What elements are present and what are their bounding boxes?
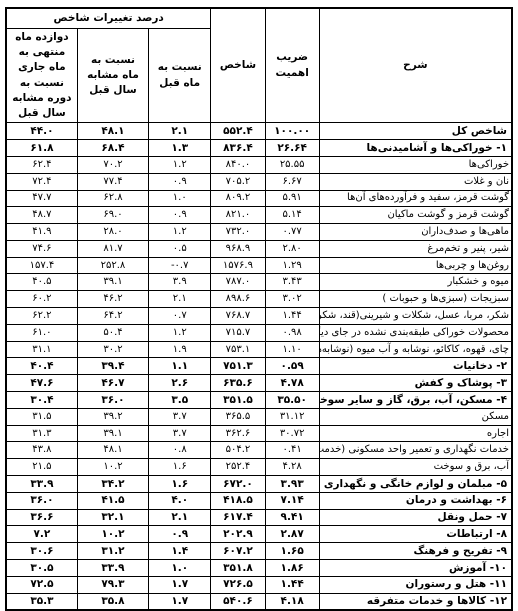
- table-row: ۶- بهداشت و درمان ۷.۱۴ ۴۱۸.۵ ۴.۰ ۴۱.۵ ۳۶…: [6, 492, 512, 509]
- cell-change-twelve: ۲۱.۵: [6, 459, 77, 476]
- cell-change-year: ۳۹.۲: [77, 408, 148, 425]
- cell-index: ۶۱۷.۴: [211, 509, 265, 526]
- cell-index: ۵۰۴.۲: [211, 442, 265, 459]
- cell-index: ۷۵۳.۱: [211, 341, 265, 358]
- cell-change-twelve: ۳۳.۹: [6, 476, 77, 493]
- cell-change-twelve: ۳۱.۳: [6, 425, 77, 442]
- cell-change-year: ۳۹.۴: [77, 358, 148, 375]
- cell-change-twelve: ۴۱.۹: [6, 224, 77, 241]
- row-description: شکر، مربا، عسل، شکلات و شیرینی(قند، شکر …: [319, 308, 512, 325]
- cell-change-year: ۳۲.۱: [77, 509, 148, 526]
- table-row: ۳- پوشاک و کفش ۴.۷۸ ۶۳۵.۶ ۲.۶ ۴۶.۷ ۴۷.۶: [6, 375, 512, 392]
- cell-change-year: ۴۱.۵: [77, 492, 148, 509]
- header-changes-group: درصد تغییرات شاخص: [6, 8, 211, 29]
- table-row: مسکن ۳۱.۱۲ ۳۶۵.۵ ۳.۷ ۳۹.۲ ۳۱.۵: [6, 408, 512, 425]
- cell-weight: ۴.۷۸: [265, 375, 319, 392]
- cell-change-month: ۲.۶: [149, 375, 211, 392]
- cell-weight: ۲۵.۵۵: [265, 156, 319, 173]
- cell-change-month: ۳.۷: [149, 425, 211, 442]
- cell-change-twelve: ۴۷.۶: [6, 375, 77, 392]
- row-description: سبزیجات (سبزی‌ها و حبوبات ): [319, 291, 512, 308]
- row-description: ۷- حمل ونقل: [319, 509, 512, 526]
- table-row: ۱۲- کالاها و خدمات متفرقه ۴.۱۸ ۵۴۰.۶ ۱.۷…: [6, 593, 512, 610]
- cell-change-month: ۱.۲: [149, 324, 211, 341]
- table-row: ۱۰- آموزش ۱.۸۶ ۳۵۱.۸ ۱.۰ ۳۳.۹ ۳۰.۵: [6, 560, 512, 577]
- cell-index: ۷۳۲.۰: [211, 224, 265, 241]
- row-description: ۵- مبلمان و لوازم خانگی و نگهداری معمول …: [319, 476, 512, 493]
- cell-index: ۷۸۷.۰: [211, 274, 265, 291]
- cell-change-year: ۸۱.۷: [77, 240, 148, 257]
- cell-change-month: ۱.۱: [149, 358, 211, 375]
- table-row: گوشت قرمز و گوشت ماکیان ۵.۱۴ ۸۲۱.۰ ۰.۹ ۶…: [6, 207, 512, 224]
- cell-change-year: ۶۸.۴: [77, 140, 148, 157]
- cell-change-year: ۵۰.۴: [77, 324, 148, 341]
- cell-index: ۲۰۲.۹: [211, 526, 265, 543]
- cell-weight: ۳.۹۳: [265, 476, 319, 493]
- table-row: چای، قهوه، کاکائو، نوشابه و آب میوه (نوش…: [6, 341, 512, 358]
- cell-change-month: ۲.۱: [149, 509, 211, 526]
- cell-change-twelve: ۳۰.۵: [6, 560, 77, 577]
- cell-index: ۷۱۵.۷: [211, 324, 265, 341]
- cell-change-year: ۱۰.۲: [77, 459, 148, 476]
- cell-change-month: ۱.۹: [149, 341, 211, 358]
- page: شرح ضریب اهمیت شاخص درصد تغییرات شاخص نس…: [0, 0, 518, 597]
- cell-index: ۳۶۲.۶: [211, 425, 265, 442]
- cell-change-year: ۷۹.۳: [77, 576, 148, 593]
- cell-weight: ۱.۴۴: [265, 576, 319, 593]
- cell-weight: ۴.۲۸: [265, 459, 319, 476]
- cell-change-year: ۳۶.۰: [77, 392, 148, 409]
- table-row: ۱- خوراکی‌ها و آشامیدنی‌ها ۲۶.۶۴ ۸۳۶.۴ ۱…: [6, 140, 512, 157]
- cell-weight: ۱.۲۹: [265, 257, 319, 274]
- cell-change-month: ۱.۰: [149, 560, 211, 577]
- cell-weight: ۲.۸۷: [265, 526, 319, 543]
- header-index: شاخص: [211, 8, 265, 123]
- cell-change-year: ۳۵.۸: [77, 593, 148, 610]
- table-row: اجاره ۳۰.۷۲ ۳۶۲.۶ ۳.۷ ۳۹.۱ ۳۱.۳: [6, 425, 512, 442]
- cell-change-twelve: ۴۸.۷: [6, 207, 77, 224]
- row-description: میوه و خشکبار: [319, 274, 512, 291]
- cell-weight: ۰.۵۹: [265, 358, 319, 375]
- table-row: محصولات خوراکی طبقه‌بندی نشده در جای دیگ…: [6, 324, 512, 341]
- table-row: روغن‌ها و چربی‌ها ۱.۲۹ ۱۵۷۶.۹ -۰.۷ ۲۵۲.۸…: [6, 257, 512, 274]
- cell-weight: ۴.۱۸: [265, 593, 319, 610]
- cell-weight: ۲.۸۰: [265, 240, 319, 257]
- cell-change-twelve: ۶۱.۰: [6, 324, 77, 341]
- row-description: ۶- بهداشت و درمان: [319, 492, 512, 509]
- row-description: ۱۰- آموزش: [319, 560, 512, 577]
- cell-weight: ۳۵.۵۰: [265, 392, 319, 409]
- cell-weight: ۱.۱۰: [265, 341, 319, 358]
- header-change-twelve: دوازده ماه منتهی به ماه جاری نسبت به دور…: [6, 29, 77, 123]
- header-change-month: نسبت به ماه قبل: [149, 29, 211, 123]
- row-description: ماهی‌ها و صدف‌داران: [319, 224, 512, 241]
- cell-change-year: ۴۶.۷: [77, 375, 148, 392]
- table-header: شرح ضریب اهمیت شاخص درصد تغییرات شاخص نس…: [6, 8, 512, 123]
- cell-change-month: ۰.۷: [149, 308, 211, 325]
- cell-index: ۸۲۱.۰: [211, 207, 265, 224]
- cell-change-month: ۳.۵: [149, 392, 211, 409]
- cell-index: ۲۵۲.۴: [211, 459, 265, 476]
- cell-change-year: ۱۰.۲: [77, 526, 148, 543]
- cell-change-month: ۲.۱: [149, 291, 211, 308]
- cell-change-month: ۰.۵: [149, 240, 211, 257]
- cell-change-year: ۴۶.۲: [77, 291, 148, 308]
- cell-change-month: ۱.۶: [149, 459, 211, 476]
- cell-change-twelve: ۶۰.۲: [6, 291, 77, 308]
- cell-change-year: ۲۵۲.۸: [77, 257, 148, 274]
- cell-change-twelve: ۷۲.۴: [6, 173, 77, 190]
- cell-index: ۶۳۵.۶: [211, 375, 265, 392]
- cell-change-year: ۶۹.۰: [77, 207, 148, 224]
- row-description: گوشت قرمز، سفید و فرآورده‌های آن‌ها: [319, 190, 512, 207]
- cell-change-year: ۷۰.۲: [77, 156, 148, 173]
- cell-index: ۵۵۲.۴: [211, 123, 265, 140]
- cell-change-twelve: ۳۱.۵: [6, 408, 77, 425]
- header-weight: ضریب اهمیت: [265, 8, 319, 123]
- row-description: مسکن: [319, 408, 512, 425]
- cell-weight: ۲۶.۶۴: [265, 140, 319, 157]
- cell-change-twelve: ۴۰.۵: [6, 274, 77, 291]
- table-row: ۷- حمل ونقل ۹.۴۱ ۶۱۷.۴ ۲.۱ ۳۲.۱ ۳۶.۶: [6, 509, 512, 526]
- cell-index: ۸۴۰.۰: [211, 156, 265, 173]
- table-row: ۱۱- هتل و رستوران ۱.۴۴ ۷۲۶.۵ ۱.۷ ۷۹.۳ ۷۲…: [6, 576, 512, 593]
- row-description: ۸- ارتباطات: [319, 526, 512, 543]
- row-description: محصولات خوراکی طبقه‌بندی نشده در جای دیگ…: [319, 324, 512, 341]
- cell-weight: ۶.۶۷: [265, 173, 319, 190]
- cell-change-month: ۰.۸: [149, 442, 211, 459]
- header-change-year: نسبت به ماه مشابه سال قبل: [77, 29, 148, 123]
- cell-change-month: ۱.۲: [149, 224, 211, 241]
- cell-index: ۶۰۷.۲: [211, 543, 265, 560]
- table-row: خدمات نگهداری و تعمیر واحد مسکونی (خدمت …: [6, 442, 512, 459]
- cell-index: ۵۴۰.۶: [211, 593, 265, 610]
- table-body: شاخص کل ۱۰۰.۰۰ ۵۵۲.۴ ۲.۱ ۴۸.۱ ۴۴.۰ ۱- خو…: [6, 123, 512, 611]
- cell-change-twelve: ۱۵۷.۴: [6, 257, 77, 274]
- cell-change-month: ۲.۱: [149, 123, 211, 140]
- cell-weight: ۰.۴۱: [265, 442, 319, 459]
- cell-change-twelve: ۳۶.۶: [6, 509, 77, 526]
- cell-change-month: ۰.۹: [149, 207, 211, 224]
- cell-index: ۸۹۸.۶: [211, 291, 265, 308]
- header-description: شرح: [319, 8, 512, 123]
- cell-change-month: ۱.۷: [149, 576, 211, 593]
- row-description: ۴- مسکن، آب، برق، گاز و سایر سوخت‌ها: [319, 392, 512, 409]
- cell-change-year: ۳۹.۱: [77, 425, 148, 442]
- cell-change-year: ۳۱.۲: [77, 543, 148, 560]
- row-description: خوراکی‌ها: [319, 156, 512, 173]
- cell-change-month: ۱.۲: [149, 156, 211, 173]
- cell-weight: ۱۰۰.۰۰: [265, 123, 319, 140]
- cell-change-year: ۴۸.۱: [77, 123, 148, 140]
- cell-change-month: ۱.۷: [149, 593, 211, 610]
- table-row: ۸- ارتباطات ۲.۸۷ ۲۰۲.۹ ۰.۹ ۱۰.۲ ۷.۲: [6, 526, 512, 543]
- cell-change-twelve: ۴۴.۰: [6, 123, 77, 140]
- table-row: نان و غلات ۶.۶۷ ۷۰۵.۲ ۰.۹ ۷۷.۴ ۷۲.۴: [6, 173, 512, 190]
- cell-change-month: ۰.۹: [149, 526, 211, 543]
- cell-index: ۶۷۲.۰: [211, 476, 265, 493]
- row-description: ۲- دخانیات: [319, 358, 512, 375]
- table-row: ۴- مسکن، آب، برق، گاز و سایر سوخت‌ها ۳۵.…: [6, 392, 512, 409]
- cell-change-twelve: ۳۱.۱: [6, 341, 77, 358]
- cell-change-month: ۳.۷: [149, 408, 211, 425]
- cell-change-year: ۳۳.۹: [77, 560, 148, 577]
- cell-weight: ۱.۴۴: [265, 308, 319, 325]
- table-row: شاخص کل ۱۰۰.۰۰ ۵۵۲.۴ ۲.۱ ۴۸.۱ ۴۴.۰: [6, 123, 512, 140]
- cell-change-twelve: ۴۳.۸: [6, 442, 77, 459]
- cell-change-year: ۴۸.۱: [77, 442, 148, 459]
- cell-weight: ۱.۸۶: [265, 560, 319, 577]
- cell-change-twelve: ۷۲.۵: [6, 576, 77, 593]
- cell-change-month: ۱.۴: [149, 543, 211, 560]
- cell-change-year: ۶۲.۸: [77, 190, 148, 207]
- cell-index: ۸۰۹.۲: [211, 190, 265, 207]
- cell-index: ۷۵۱.۳: [211, 358, 265, 375]
- cell-change-twelve: ۴۰.۴: [6, 358, 77, 375]
- row-description: اجاره: [319, 425, 512, 442]
- cell-weight: ۰.۷۷: [265, 224, 319, 241]
- table-row: شکر، مربا، عسل، شکلات و شیرینی(قند، شکر …: [6, 308, 512, 325]
- table-row: ۲- دخانیات ۰.۵۹ ۷۵۱.۳ ۱.۱ ۳۹.۴ ۴۰.۴: [6, 358, 512, 375]
- row-description: گوشت قرمز و گوشت ماکیان: [319, 207, 512, 224]
- cell-index: ۹۶۸.۹: [211, 240, 265, 257]
- cell-weight: ۷.۱۴: [265, 492, 319, 509]
- cell-index: ۱۵۷۶.۹: [211, 257, 265, 274]
- cell-change-year: ۶۴.۲: [77, 308, 148, 325]
- cell-weight: ۵.۱۴: [265, 207, 319, 224]
- cell-weight: ۵.۹۱: [265, 190, 319, 207]
- cell-weight: ۳۱.۱۲: [265, 408, 319, 425]
- cell-change-month: -۰.۷: [149, 257, 211, 274]
- cell-change-twelve: ۶۲.۲: [6, 308, 77, 325]
- cell-index: ۷۰۵.۲: [211, 173, 265, 190]
- row-description: شاخص کل: [319, 123, 512, 140]
- cell-index: ۷۲۶.۵: [211, 576, 265, 593]
- cell-change-twelve: ۳۰.۶: [6, 543, 77, 560]
- cell-change-month: ۱.۶: [149, 476, 211, 493]
- table-row: آب، برق و سوخت ۴.۲۸ ۲۵۲.۴ ۱.۶ ۱۰.۲ ۲۱.۵: [6, 459, 512, 476]
- cell-change-year: ۳۴.۲: [77, 476, 148, 493]
- table-row: خوراکی‌ها ۲۵.۵۵ ۸۴۰.۰ ۱.۲ ۷۰.۲ ۶۲.۴: [6, 156, 512, 173]
- cell-weight: ۱.۶۵: [265, 543, 319, 560]
- row-description: آب، برق و سوخت: [319, 459, 512, 476]
- cell-weight: ۳۰.۷۲: [265, 425, 319, 442]
- cell-change-twelve: ۳۶.۰: [6, 492, 77, 509]
- cell-weight: ۳.۴۳: [265, 274, 319, 291]
- cell-change-month: ۰.۹: [149, 173, 211, 190]
- table-row: گوشت قرمز، سفید و فرآورده‌های آن‌ها ۵.۹۱…: [6, 190, 512, 207]
- row-description: نان و غلات: [319, 173, 512, 190]
- cell-index: ۳۶۵.۵: [211, 408, 265, 425]
- cell-change-year: ۷۷.۴: [77, 173, 148, 190]
- row-description: ۱۱- هتل و رستوران: [319, 576, 512, 593]
- cell-change-twelve: ۷.۲: [6, 526, 77, 543]
- cell-index: ۳۵۱.۵: [211, 392, 265, 409]
- table-row: میوه و خشکبار ۳.۴۳ ۷۸۷.۰ ۳.۹ ۳۹.۱ ۴۰.۵: [6, 274, 512, 291]
- row-description: ۳- پوشاک و کفش: [319, 375, 512, 392]
- cell-change-twelve: ۷۴.۶: [6, 240, 77, 257]
- row-description: خدمات نگهداری و تعمیر واحد مسکونی (خدمت …: [319, 442, 512, 459]
- cell-index: ۷۶۸.۷: [211, 308, 265, 325]
- table-row: ماهی‌ها و صدف‌داران ۰.۷۷ ۷۳۲.۰ ۱.۲ ۲۸.۰ …: [6, 224, 512, 241]
- cell-change-year: ۳۹.۱: [77, 274, 148, 291]
- cell-change-twelve: ۳۵.۳: [6, 593, 77, 610]
- cell-weight: ۰.۹۸: [265, 324, 319, 341]
- row-description: ۱۲- کالاها و خدمات متفرقه: [319, 593, 512, 610]
- row-description: ۱- خوراکی‌ها و آشامیدنی‌ها: [319, 140, 512, 157]
- cell-change-twelve: ۳۰.۴: [6, 392, 77, 409]
- cell-change-twelve: ۶۲.۴: [6, 156, 77, 173]
- table-row: ۹- تفریح و فرهنگ ۱.۶۵ ۶۰۷.۲ ۱.۴ ۳۱.۲ ۳۰.…: [6, 543, 512, 560]
- row-description: شیر، پنیر و تخم‌مرغ: [319, 240, 512, 257]
- cell-weight: ۳.۰۲: [265, 291, 319, 308]
- cell-index: ۸۳۶.۴: [211, 140, 265, 157]
- cell-change-month: ۴.۰: [149, 492, 211, 509]
- cell-change-month: ۱.۳: [149, 140, 211, 157]
- cell-index: ۳۵۱.۸: [211, 560, 265, 577]
- cell-change-twelve: ۶۱.۸: [6, 140, 77, 157]
- cpi-table: شرح ضریب اهمیت شاخص درصد تغییرات شاخص نس…: [5, 7, 513, 611]
- cell-index: ۴۱۸.۵: [211, 492, 265, 509]
- cell-change-year: ۲۸.۰: [77, 224, 148, 241]
- cell-change-month: ۳.۹: [149, 274, 211, 291]
- table-row: شیر، پنیر و تخم‌مرغ ۲.۸۰ ۹۶۸.۹ ۰.۵ ۸۱.۷ …: [6, 240, 512, 257]
- cell-weight: ۹.۴۱: [265, 509, 319, 526]
- header-row-top: شرح ضریب اهمیت شاخص درصد تغییرات شاخص: [6, 8, 512, 29]
- cell-change-year: ۳۰.۲: [77, 341, 148, 358]
- row-description: چای، قهوه، کاکائو، نوشابه و آب میوه (نوش…: [319, 341, 512, 358]
- table-row: ۵- مبلمان و لوازم خانگی و نگهداری معمول …: [6, 476, 512, 493]
- table-row: سبزیجات (سبزی‌ها و حبوبات ) ۳.۰۲ ۸۹۸.۶ ۲…: [6, 291, 512, 308]
- row-description: ۹- تفریح و فرهنگ: [319, 543, 512, 560]
- cell-change-month: ۱.۰: [149, 190, 211, 207]
- cell-change-twelve: ۴۷.۷: [6, 190, 77, 207]
- row-description: روغن‌ها و چربی‌ها: [319, 257, 512, 274]
